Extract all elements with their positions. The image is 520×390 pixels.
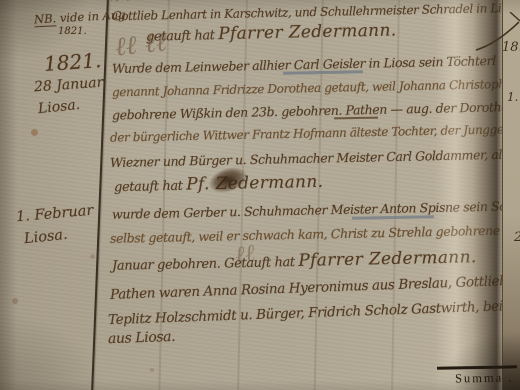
line-text: genannt Johanna Fridrizze Dorothea getau… — [112, 75, 520, 100]
line-text: wurde dem Gerber u. Schuhmacher Meister … — [112, 197, 520, 221]
handwritten-line: Pathen waren Anna Rosina Hyeronimus aus … — [110, 273, 508, 303]
handwritten-line: genannt Johanna Fridrizze Dorothea getau… — [112, 75, 520, 100]
adjacent-page-edge — [502, 0, 520, 390]
margin-note-nb-year: 1821. — [58, 26, 87, 37]
side-number-18: 18. — [502, 40, 520, 55]
handwritten-line: aus Liosa. — [108, 329, 176, 347]
handwritten-line: getauft hat Pf. Zedermann. — [114, 171, 324, 195]
handwritten-line: gebohrene Wißkin den 23b. gebohren. Path… — [112, 99, 520, 123]
summa-label: Summa . — [455, 370, 514, 386]
line-text: getauft hat — [146, 28, 219, 45]
side-number-2: 2 — [514, 230, 520, 245]
line-text: aus Liosa. — [108, 329, 176, 347]
handwritten-line: Wurde dem Leinweber allhier Carl Geisler… — [112, 53, 496, 76]
handwritten-line: Januar gebohren. Getauft hat Pfarrer Zed… — [112, 246, 477, 274]
pastor-signature: Pfarrer Zedermann. — [298, 246, 477, 270]
entry2-place: Liosa. — [23, 227, 68, 247]
paper-stain — [12, 298, 18, 304]
line-text: selbst getauft, weil er schwach kam, Chr… — [110, 221, 520, 246]
entry1-date: 28 Januar — [34, 75, 104, 96]
side-number-1: 1. — [507, 90, 518, 104]
handwritten-line: getauft hat Pfarrer Zedermann. — [146, 19, 397, 44]
pastor-signature: Pfarrer Zedermann. — [218, 19, 397, 43]
pastor-signature: Pf. Zedermann. — [186, 171, 324, 194]
register-page-photo: NB. vide in Aug 1821. 1821. 28 Januar Li… — [0, 0, 520, 390]
line-text: Wurde dem Leinweber allhier Carl Geisler… — [112, 53, 496, 76]
paper-stain — [31, 129, 38, 136]
handwritten-line: der bürgerliche Wittwer Frantz Hofmann ä… — [110, 121, 520, 144]
entry2-date: 1. Februar — [15, 203, 94, 226]
line-text: Pathen waren Anna Rosina Hyeronimus aus … — [110, 273, 508, 303]
line-text: Wiezner und Bürger u. Schuhmacher Meiste… — [110, 145, 520, 170]
summa-dot: . — [508, 370, 513, 384]
paper-stain — [90, 254, 95, 259]
handwritten-line: wurde dem Gerber u. Schuhmacher Meister … — [112, 197, 520, 221]
entry1-place: Liosa. — [37, 97, 81, 117]
paper-stain — [150, 368, 154, 372]
line-text: gebohrene Wißkin den 23b. gebohren. Path… — [112, 99, 520, 123]
handwritten-line: Teplitz Holzschmidt u. Bürger, Fridrich … — [108, 298, 519, 328]
handwritten-line: Wiezner und Bürger u. Schuhmacher Meiste… — [110, 145, 520, 170]
line-text: Januar gebohren. Getauft hat — [112, 255, 299, 274]
handwritten-line: selbst getauft, weil er schwach kam, Chr… — [110, 221, 520, 246]
nb-abbrev: NB. — [34, 11, 57, 27]
summa-text: Summa — [455, 371, 503, 386]
line-text: der bürgerliche Wittwer Frantz Hofmann ä… — [110, 121, 520, 144]
entry1-year: 1821. — [43, 48, 102, 76]
line-text: getauft hat — [114, 179, 187, 196]
line-text: Teplitz Holzschmidt u. Bürger, Fridrich … — [108, 298, 519, 328]
